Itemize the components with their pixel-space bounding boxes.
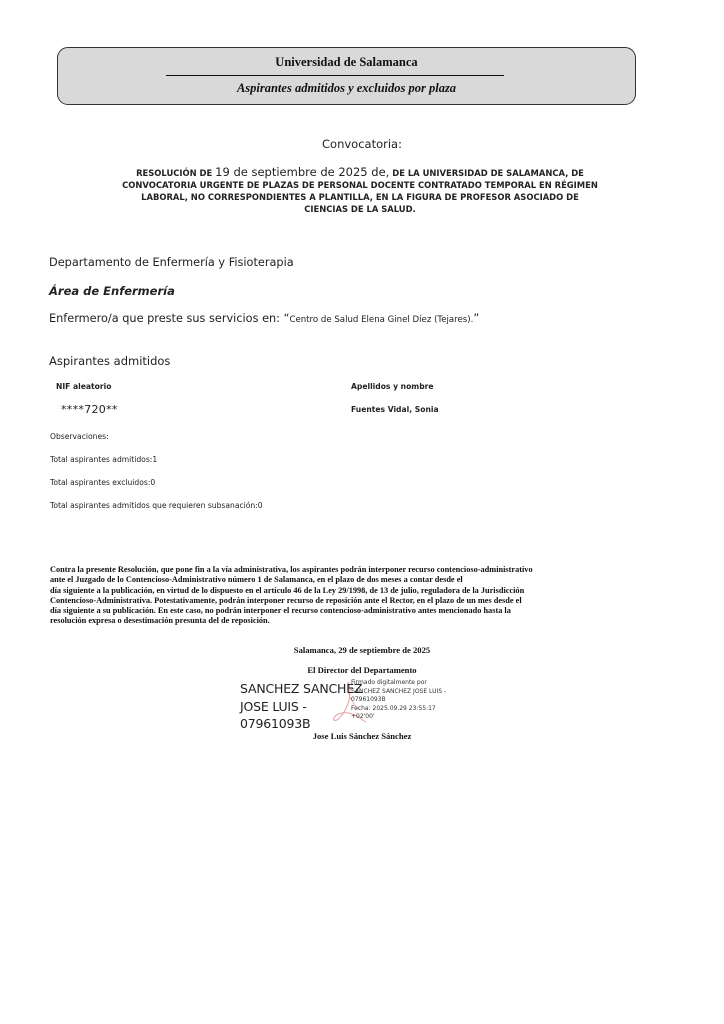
- signature-detail-line: Firmado digitalmente por: [351, 679, 446, 688]
- legal-line: día siguiente a su publicación. En este …: [50, 606, 630, 616]
- signature-detail-line: 07961093B: [351, 696, 446, 705]
- resolution-prefix: RESOLUCIÓN DE: [136, 168, 215, 178]
- digital-signature-details: Firmado digitalmente por SANCHEZ SANCHEZ…: [351, 679, 446, 722]
- legal-notice: Contra la presente Resolución, que pone …: [50, 565, 630, 627]
- department-name: Departamento de Enfermería y Fisioterapi…: [49, 256, 294, 269]
- institution-name: Universidad de Salamanca: [58, 55, 635, 70]
- area-name: Área de Enfermería: [49, 284, 175, 298]
- column-header-nif: NIF aleatorio: [56, 382, 111, 391]
- legal-line: resolución expresa o desestimación presu…: [50, 616, 630, 626]
- legal-line: día siguiente a la publicación, en virtu…: [50, 586, 630, 596]
- signer-line: 07961093B: [240, 715, 362, 733]
- signature-detail-line: +02'00': [351, 713, 446, 722]
- document-subtitle: Aspirantes admitidos y excluidos por pla…: [58, 81, 635, 96]
- resolution-date: 19 de septiembre de 2025 de,: [215, 165, 389, 179]
- admitted-row-nif: ****720**: [61, 403, 118, 416]
- signer-full-name: Jose Luis Sánchez Sánchez: [0, 731, 724, 741]
- convocatoria-label: Convocatoria:: [0, 137, 724, 151]
- legal-line: ante el Juzgado de lo Contencioso-Admini…: [50, 575, 630, 585]
- signature-detail-line: Fecha: 2025.09.29 23:55:17: [351, 705, 446, 714]
- signer-line: SANCHEZ SANCHEZ: [240, 680, 362, 698]
- header-divider: [166, 75, 504, 76]
- signer-role: El Director del Departamento: [0, 665, 724, 675]
- column-header-name: Apellidos y nombre: [351, 382, 434, 391]
- document-header: Universidad de Salamanca Aspirantes admi…: [57, 47, 636, 105]
- digital-signature-name: SANCHEZ SANCHEZ JOSE LUIS - 07961093B: [240, 680, 362, 733]
- place-and-date: Salamanca, 29 de septiembre de 2025: [0, 645, 724, 655]
- signature-detail-line: SANCHEZ SANCHEZ JOSE LUIS -: [351, 688, 446, 697]
- service-suffix: ”: [473, 312, 479, 325]
- signer-line: JOSE LUIS -: [240, 698, 362, 716]
- service-prefix: Enfermero/a que preste sus servicios en:…: [49, 312, 289, 325]
- service-description: Enfermero/a que preste sus servicios en:…: [49, 312, 479, 325]
- total-excluded: Total aspirantes excluidos:0: [50, 478, 155, 487]
- total-subsanacion: Total aspirantes admitidos que requieren…: [50, 501, 263, 510]
- admitted-section-title: Aspirantes admitidos: [49, 354, 170, 368]
- observations-label: Observaciones:: [50, 432, 109, 441]
- service-place: Centro de Salud Elena Ginel Díez (Tejare…: [289, 315, 473, 325]
- legal-line: Contra la presente Resolución, que pone …: [50, 565, 630, 575]
- total-admitted: Total aspirantes admitidos:1: [50, 455, 157, 464]
- admitted-row-name: Fuentes Vidal, Sonia: [351, 405, 439, 414]
- resolution-text: RESOLUCIÓN DE 19 de septiembre de 2025 d…: [118, 166, 602, 215]
- legal-line: Contencioso-Administrativa. Potestativam…: [50, 596, 630, 606]
